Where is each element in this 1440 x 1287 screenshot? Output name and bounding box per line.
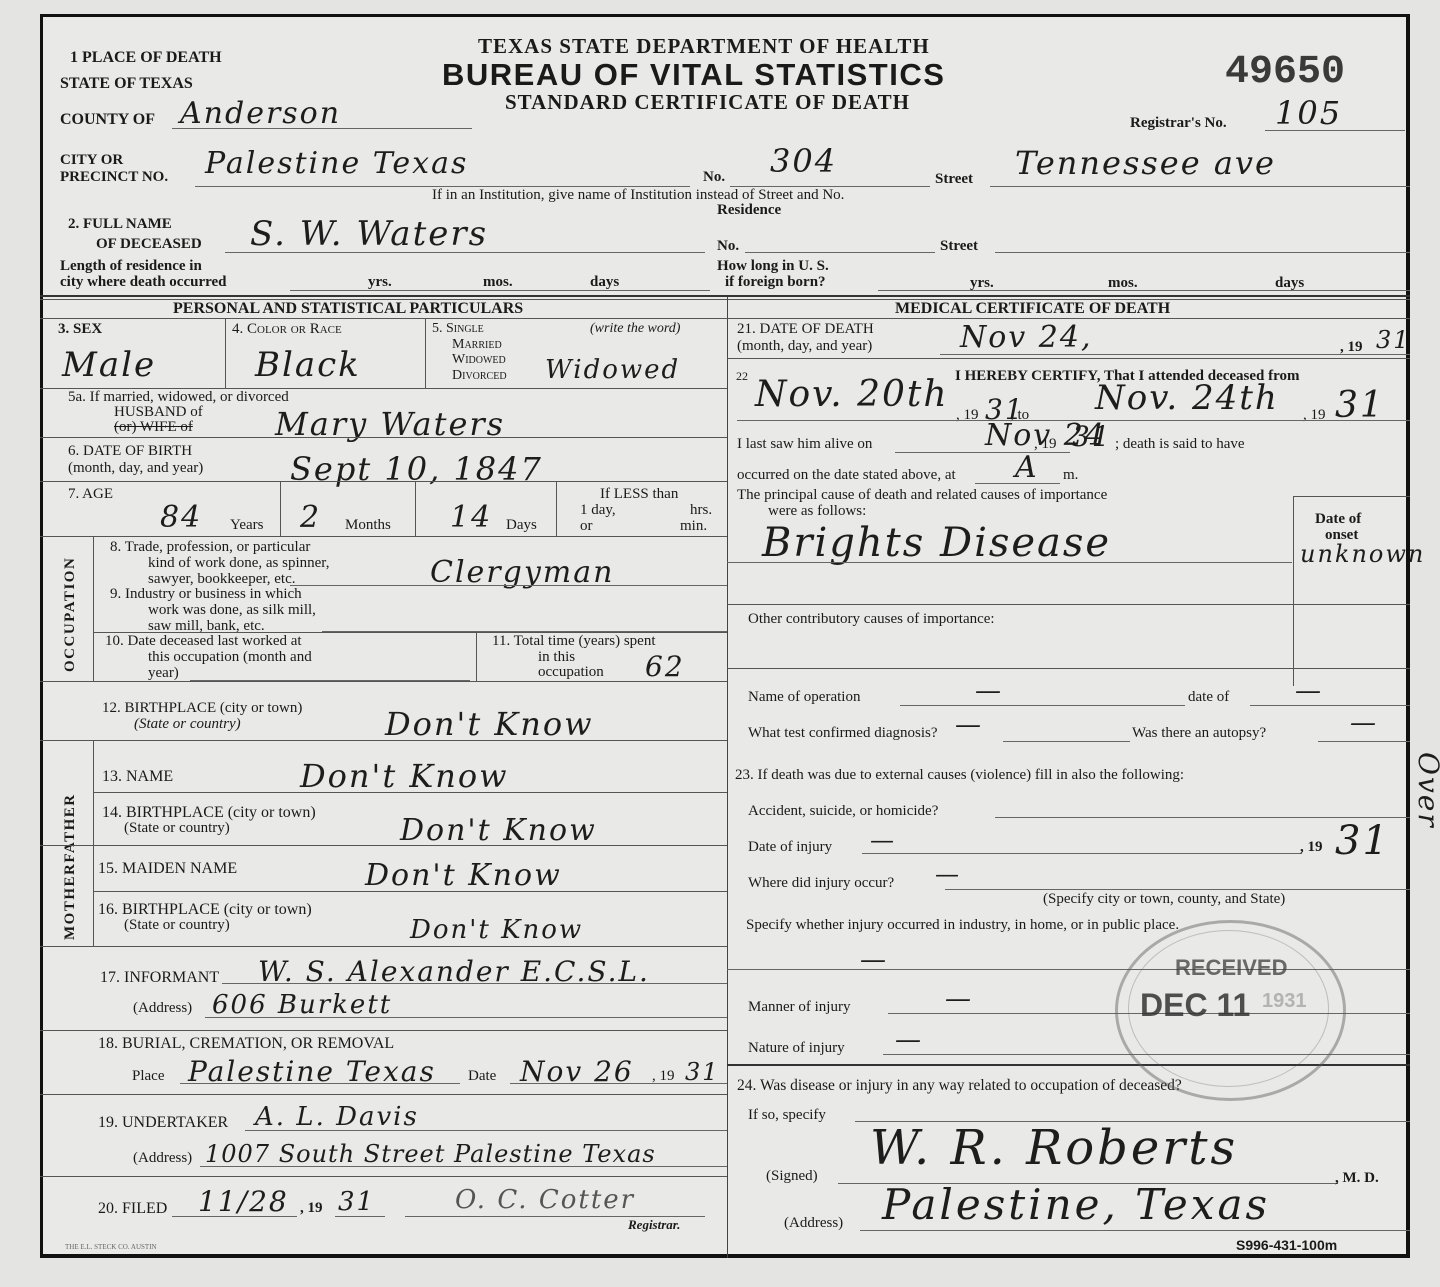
filed-date-value[interactable]: 11/28 <box>198 1185 289 1218</box>
total-time-label-1: 11. Total time (years) spent <box>492 634 656 649</box>
length-underline <box>290 290 710 291</box>
row-line-21 <box>727 358 1410 359</box>
dod-value[interactable]: Nov 24, <box>960 320 1093 355</box>
cause-underline <box>727 562 1292 563</box>
months-label: Months <box>345 518 391 533</box>
mother-birthplace-label-1: 16. BIRTHPLACE (city or town) <box>98 902 312 917</box>
trade-underline <box>290 585 727 586</box>
accident-label: Accident, suicide, or homicide? <box>748 804 938 819</box>
medical-section-title: MEDICAL CERTIFICATE OF DEATH <box>895 301 1170 316</box>
mother-birthplace-value[interactable]: Don't Know <box>410 915 583 945</box>
attended-to-value[interactable]: Nov. 24th <box>1095 378 1279 418</box>
injury-specify-label: Specify whether injury occurred in indus… <box>746 918 1179 933</box>
physician-address-underline <box>860 1230 1410 1231</box>
length-residence-label-1: Length of residence in <box>60 259 202 274</box>
physician-address-label: (Address) <box>784 1216 843 1231</box>
personal-title-line <box>40 318 727 319</box>
informant-address-underline <box>205 1017 727 1018</box>
less-or-label: or <box>580 519 593 534</box>
injury-year-prefix: , 19 <box>1300 840 1323 855</box>
external-label: 23. If death was due to external causes … <box>735 768 1184 783</box>
undertaker-address-value[interactable]: 1007 South Street Palestine Texas <box>205 1140 656 1168</box>
row-line-13 <box>93 792 727 793</box>
age-div-3 <box>556 481 557 536</box>
occ-10-11-divider <box>476 632 477 681</box>
father-name-label: 13. NAME <box>102 769 173 784</box>
last-saw-year-value[interactable]: 31 <box>1072 420 1112 453</box>
physician-signature[interactable]: W. R. Roberts <box>870 1120 1238 1176</box>
total-time-label-2: in this <box>538 650 575 665</box>
less-day-label: 1 day, <box>580 503 616 518</box>
less-min-label: min. <box>680 519 707 534</box>
other-causes-label: Other contributory causes of importance: <box>748 612 995 627</box>
occurred-label: occurred on the date stated above, at <box>737 468 956 483</box>
occupation-side-divider <box>93 536 94 681</box>
age-days-value[interactable]: 14 <box>450 500 492 535</box>
physician-address-value[interactable]: Palestine, Texas <box>882 1180 1270 1229</box>
dod-label-1: 21. DATE OF DEATH <box>737 322 874 337</box>
injury-date-underline <box>862 853 1302 854</box>
full-name-label-2: OF DECEASED <box>96 237 202 252</box>
dod-year-prefix: , 19 <box>1340 340 1363 355</box>
length-days-label: days <box>590 275 619 290</box>
res-no-underline <box>745 252 935 253</box>
nature-value[interactable]: — <box>895 1025 923 1055</box>
other-causes-text: Other contributory causes of importance: <box>748 611 995 627</box>
occurred-underline <box>975 483 1060 484</box>
cause-label-2: were as follows: <box>768 504 866 519</box>
cause-label-1: The principal cause of death and related… <box>737 488 1107 503</box>
dob-label-2: (month, day, and year) <box>68 461 203 476</box>
last-worked-label-2: this occupation (month and <box>148 650 312 665</box>
sex-race-divider <box>225 318 226 388</box>
marital-label-single: 5. Single <box>432 322 484 336</box>
row-line-17 <box>40 1030 727 1031</box>
operation-value[interactable]: — <box>975 676 1003 706</box>
res-street-label: Street <box>940 239 978 254</box>
undertaker-address-label: (Address) <box>133 1151 192 1166</box>
stamp-year-text: 1931 <box>1262 990 1307 1013</box>
injury-where-underline <box>945 889 1410 890</box>
age-years-value[interactable]: 84 <box>160 500 202 535</box>
row-line-6 <box>40 481 727 482</box>
death-said-label: ; death is said to have <box>1115 437 1245 452</box>
mother-side-label: MOTHER <box>62 863 78 940</box>
less-hrs-label: hrs. <box>690 503 712 518</box>
dod-year-value[interactable]: 31 <box>1376 326 1411 354</box>
test-label: What test confirmed diagnosis? <box>748 726 938 741</box>
full-name-underline <box>225 252 705 253</box>
certificate-number: 49650 <box>1225 50 1345 95</box>
father-birthplace-label-2: (State or country) <box>124 821 230 836</box>
us-underline <box>878 290 1410 291</box>
undertaker-label: 19. UNDERTAKER <box>98 1115 228 1130</box>
undertaker-underline <box>245 1130 727 1131</box>
spouse-label-3: (or) WIFE of <box>114 420 193 435</box>
occupation-side-label: OCCUPATION <box>62 557 79 672</box>
burial-date-underline <box>510 1083 727 1084</box>
undertaker-value[interactable]: A. L. Davis <box>255 1102 419 1132</box>
county-label: COUNTY OF <box>60 112 155 127</box>
burial-place-underline <box>180 1083 460 1084</box>
burial-place-label: Place <box>132 1069 164 1084</box>
burial-label: 18. BURIAL, CREMATION, OR REMOVAL <box>98 1036 394 1051</box>
burial-year-prefix: , 19 <box>652 1069 675 1084</box>
filed-year-underline <box>335 1216 385 1217</box>
registrars-underline <box>1265 130 1405 131</box>
father-birthplace-label-1: 14. BIRTHPLACE (city or town) <box>102 805 316 820</box>
last-worked-label-3: year) <box>148 666 179 681</box>
length-residence-label-2: city where death occurred <box>60 275 227 290</box>
city-label-1: CITY OR <box>60 153 123 168</box>
external-label-text: 23. If death was due to external causes … <box>735 767 1184 783</box>
onset-label-1: Date of <box>1315 512 1361 527</box>
row-line-19 <box>40 1176 727 1177</box>
race-label: 4. Color or Race <box>232 322 342 337</box>
street-value[interactable]: Tennessee ave <box>1015 144 1276 182</box>
signed-label: (Signed) <box>766 1169 818 1184</box>
operation-date-value[interactable]: — <box>1295 676 1323 706</box>
autopsy-value[interactable]: — <box>1350 708 1378 738</box>
age-label: 7. AGE <box>68 487 113 502</box>
autopsy-label: Was there an autopsy? <box>1132 726 1266 741</box>
undertaker-address-underline <box>200 1166 727 1167</box>
birthplace-label-2: (State or country) <box>134 717 241 732</box>
dod-label-2: (month, day, and year) <box>737 339 872 354</box>
marital-label-married: Married <box>452 338 502 352</box>
onset-top-line <box>1293 496 1410 497</box>
bureau-title: BUREAU OF VITAL STATISTICS <box>442 57 945 93</box>
row-line-12 <box>40 740 727 741</box>
row-line-18 <box>40 1094 727 1095</box>
city-label-2: PRECINCT NO. <box>60 170 168 185</box>
margin-note-over: Over <box>1412 752 1440 829</box>
filed-label: 20. FILED <box>98 1201 167 1216</box>
row-line-7 <box>40 536 727 537</box>
informant-underline <box>222 983 727 984</box>
marital-label-divorced: Divorced <box>452 369 507 383</box>
medical-title-line <box>727 318 1410 319</box>
filed-year-value[interactable]: 31 <box>338 1187 375 1217</box>
injury-date-label: Date of injury <box>748 840 832 855</box>
marital-note: (write the word) <box>590 322 680 336</box>
age-div-2 <box>415 481 416 536</box>
stamp-received-text: RECEIVED <box>1175 955 1287 981</box>
spouse-label-2: HUSBAND of <box>114 405 203 420</box>
city-value[interactable]: Palestine Texas <box>205 146 468 181</box>
manner-value[interactable]: — <box>945 984 973 1014</box>
length-yrs-label: yrs. <box>368 275 392 290</box>
age-div-1 <box>280 481 281 536</box>
us-mos-label: mos. <box>1108 276 1138 291</box>
birthplace-value[interactable]: Don't Know <box>385 705 594 743</box>
full-name-label-1: 2. FULL NAME <box>68 217 172 232</box>
injury-where-note: (Specify city or town, county, and State… <box>1043 892 1285 907</box>
registrars-no-value[interactable]: 105 <box>1275 94 1342 132</box>
injury-year-value[interactable]: 31 <box>1335 818 1390 864</box>
department-title: TEXAS STATE DEPARTMENT OF HEALTH <box>478 34 930 59</box>
informant-label: 17. INFORMANT <box>100 970 219 985</box>
birthplace-label-1: 12. BIRTHPLACE (city or town) <box>102 701 302 716</box>
test-underline <box>1003 741 1130 742</box>
row-line-other <box>727 668 1410 669</box>
operation-label: Name of operation <box>748 690 860 705</box>
operation-date-label: date of <box>1188 690 1229 705</box>
injury-where-label: Where did injury occur? <box>748 876 894 891</box>
form-code: S996-431-100m <box>1236 1237 1337 1253</box>
if-so-label: If so, specify <box>748 1108 826 1123</box>
injury-where-value[interactable]: — <box>935 860 961 888</box>
place-of-death-label: 1 PLACE OF DEATH <box>70 50 222 65</box>
last-worked-label-1: 10. Date deceased last worked at <box>105 634 302 649</box>
house-no-label: No. <box>703 170 725 185</box>
manner-label: Manner of injury <box>748 1000 850 1015</box>
us-label-2: if foreign born? <box>725 275 826 290</box>
personal-section-title: PERSONAL AND STATISTICAL PARTICULARS <box>173 301 523 316</box>
age-months-value[interactable]: 2 <box>300 500 321 535</box>
us-label-1: How long in U. S. <box>717 259 829 274</box>
us-days-label: days <box>1275 276 1304 291</box>
industry-label-2: work was done, as silk mill, <box>148 603 316 618</box>
occurred-time-value[interactable]: A <box>1015 450 1039 485</box>
injury-specify-value[interactable]: — <box>860 945 888 975</box>
father-name-value[interactable]: Don't Know <box>300 757 509 795</box>
attended-from-value[interactable]: Nov. 20th <box>755 374 949 415</box>
dob-label-1: 6. DATE OF BIRTH <box>68 444 192 459</box>
county-underline <box>172 128 472 129</box>
house-no-value[interactable]: 304 <box>770 142 837 180</box>
us-yrs-label: yrs. <box>970 276 994 291</box>
registrars-no-label: Registrar's No. <box>1130 116 1227 131</box>
burial-date-label: Date <box>468 1069 496 1084</box>
race-marital-divider <box>425 318 426 388</box>
marital-value[interactable]: Widowed <box>545 355 680 385</box>
informant-address-label: (Address) <box>133 1001 192 1016</box>
filed-date-underline <box>172 1216 297 1217</box>
occurred-suffix: m. <box>1063 468 1078 483</box>
father-birthplace-value[interactable]: Don't Know <box>400 813 597 848</box>
trade-label-3: sawyer, bookkeeper, etc. <box>148 572 295 587</box>
nature-label: Nature of injury <box>748 1041 845 1056</box>
dod-underline <box>940 354 1410 355</box>
sex-value[interactable]: Male <box>62 345 156 385</box>
res-no-label: No. <box>717 239 739 254</box>
row-line-occ <box>40 681 727 682</box>
full-name-value[interactable]: S. W. Waters <box>250 214 488 254</box>
onset-divider <box>1293 496 1294 686</box>
test-value[interactable]: — <box>955 710 983 740</box>
industry-label-1: 9. Industry or business in which <box>110 587 302 602</box>
years-label: Years <box>230 518 263 533</box>
street-underline <box>990 186 1410 187</box>
operation-date-underline <box>1250 705 1410 706</box>
res-street-underline <box>995 252 1410 253</box>
dob-value[interactable]: Sept 10, 1847 <box>290 450 543 488</box>
street-label: Street <box>935 172 973 187</box>
days-label: Days <box>506 518 537 533</box>
operation-underline <box>900 705 1185 706</box>
burial-year-value[interactable]: 31 <box>685 1058 720 1086</box>
last-saw-label: I last saw him alive on <box>737 437 872 452</box>
mother-birthplace-label-2: (State or country) <box>124 918 230 933</box>
trade-label-1: 8. Trade, profession, or particular <box>110 540 310 555</box>
autopsy-underline <box>1318 741 1410 742</box>
md-label: , M. D. <box>1335 1171 1379 1186</box>
less-than-label: If LESS than <box>600 487 678 502</box>
spouse-label-1: 5a. If married, widowed, or divorced <box>68 390 289 405</box>
residence-label: Residence <box>717 203 781 218</box>
injury-date-value[interactable]: — <box>870 826 896 854</box>
total-time-value[interactable]: 62 <box>645 650 685 683</box>
occupation-related-label: 24. Was disease or injury in any way rel… <box>737 1078 1182 1093</box>
state-label: STATE OF TEXAS <box>60 76 193 91</box>
stamp-date-text: DEC 11 <box>1140 987 1250 1024</box>
filed-year-prefix: , 19 <box>300 1201 323 1216</box>
marital-label-widowed: Widowed <box>452 353 506 367</box>
mother-maiden-value[interactable]: Don't Know <box>365 858 562 893</box>
county-value[interactable]: Anderson <box>180 96 341 131</box>
form-title: STANDARD CERTIFICATE OF DEATH <box>505 90 910 115</box>
last-saw-underline <box>895 452 1070 453</box>
parents-side-label: MOTHERFATHER <box>62 793 79 940</box>
institution-note: If in an Institution, give name of Insti… <box>432 188 844 202</box>
registrar-label: Registrar. <box>628 1218 680 1232</box>
printer-imprint: THE E.L. STECK CO. AUSTIN <box>65 1243 157 1251</box>
header-divider <box>40 295 1410 297</box>
row-line-16 <box>40 946 727 947</box>
parents-side-divider <box>93 740 94 946</box>
informant-address-value[interactable]: 606 Burkett <box>212 990 392 1020</box>
cause-value[interactable]: Brights Disease <box>762 520 1111 566</box>
cause-label-text: The principal cause of death and related… <box>737 487 1107 503</box>
item-22-number: 22 <box>736 369 748 383</box>
sex-label: 3. SEX <box>58 322 102 337</box>
column-divider <box>727 297 728 1258</box>
total-time-label-3: occupation <box>538 665 604 680</box>
trade-label-2: kind of work done, as spinner, <box>148 556 329 571</box>
father-side-label: FATHER <box>62 793 78 862</box>
row-line-15 <box>93 891 727 892</box>
row-line-14 <box>40 845 727 846</box>
onset-value[interactable]: unknown <box>1300 540 1425 568</box>
race-value[interactable]: Black <box>255 345 361 385</box>
mother-maiden-label: 15. MAIDEN NAME <box>98 861 237 876</box>
injury-specify-text: Specify whether injury occurred in indus… <box>746 917 1179 933</box>
row-line-cause <box>727 604 1410 605</box>
registrar-signature: O. C. Cotter <box>455 1185 635 1215</box>
length-mos-label: mos. <box>483 275 513 290</box>
row-line-5a <box>40 437 727 438</box>
